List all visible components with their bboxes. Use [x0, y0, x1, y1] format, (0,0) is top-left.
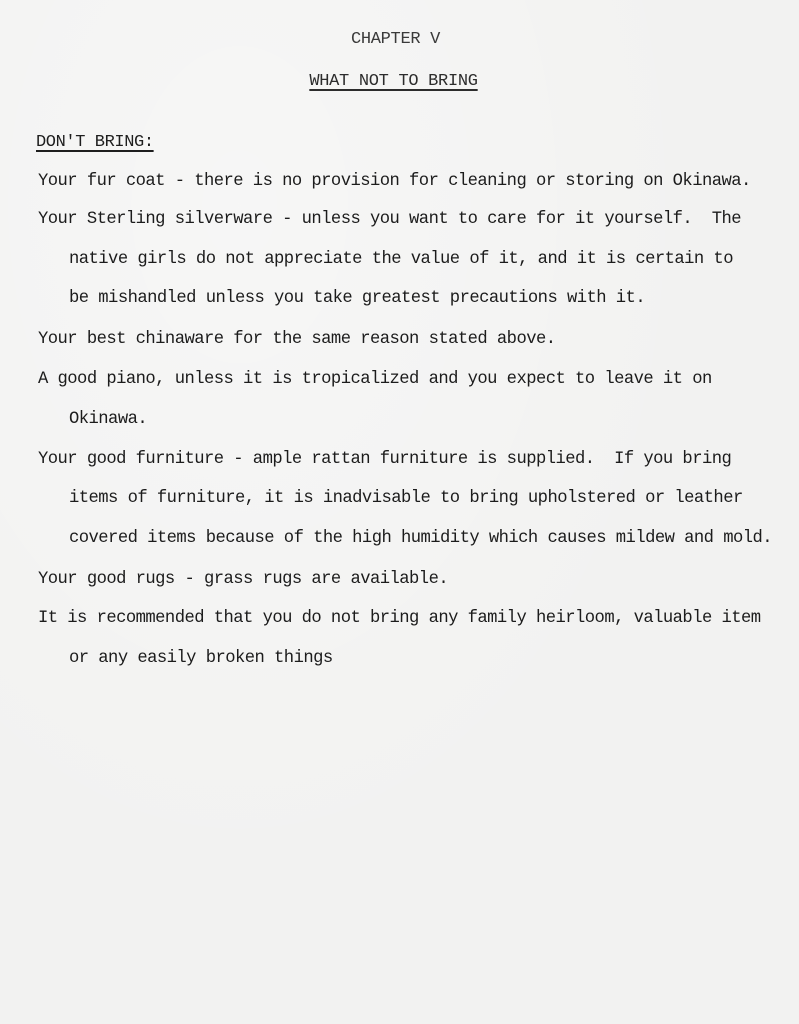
chapter-heading: CHAPTER V [0, 30, 799, 49]
body-line: Your best chinaware for the same reason … [38, 330, 556, 349]
body-line: It is recommended that you do not bring … [38, 609, 761, 628]
body-line: covered items because of the high humidi… [69, 529, 772, 548]
page-title: WHAT NOT TO BRING [0, 72, 799, 91]
body-line: native girls do not appreciate the value… [69, 250, 733, 269]
body-line: or any easily broken things [69, 649, 333, 668]
body-line: items of furniture, it is inadvisable to… [69, 489, 743, 508]
body-line: Your fur coat - there is no provision fo… [38, 172, 751, 191]
body-line: Your good furniture - ample rattan furni… [38, 450, 731, 469]
body-line: Your Sterling silverware - unless you wa… [38, 210, 741, 229]
body-line: Your good rugs - grass rugs are availabl… [38, 570, 448, 589]
body-line: Okinawa. [69, 410, 147, 429]
chapter-heading-text: CHAPTER V [351, 30, 440, 49]
body-line: A good piano, unless it is tropicalized … [38, 370, 712, 389]
page-title-text: WHAT NOT TO BRING [309, 72, 477, 91]
body-line: be mishandled unless you take greatest p… [69, 289, 645, 308]
section-subheading: DON'T BRING: [36, 133, 154, 152]
typewritten-page: CHAPTER V WHAT NOT TO BRING DON'T BRING:… [0, 0, 799, 1024]
